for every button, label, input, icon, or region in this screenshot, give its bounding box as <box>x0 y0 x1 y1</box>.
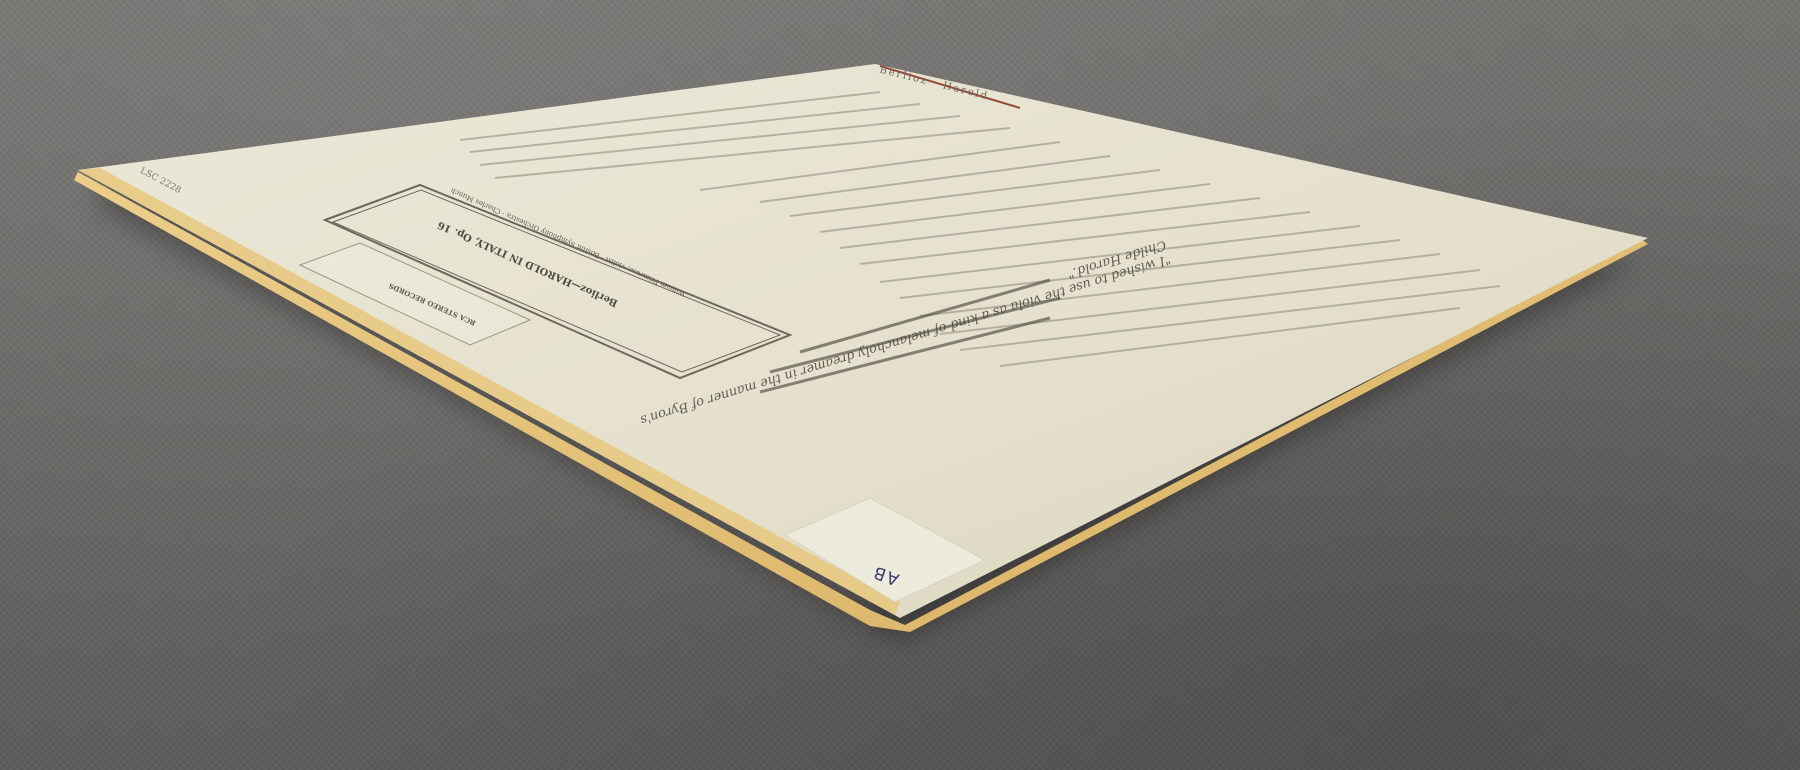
album-scene <box>0 0 1800 770</box>
